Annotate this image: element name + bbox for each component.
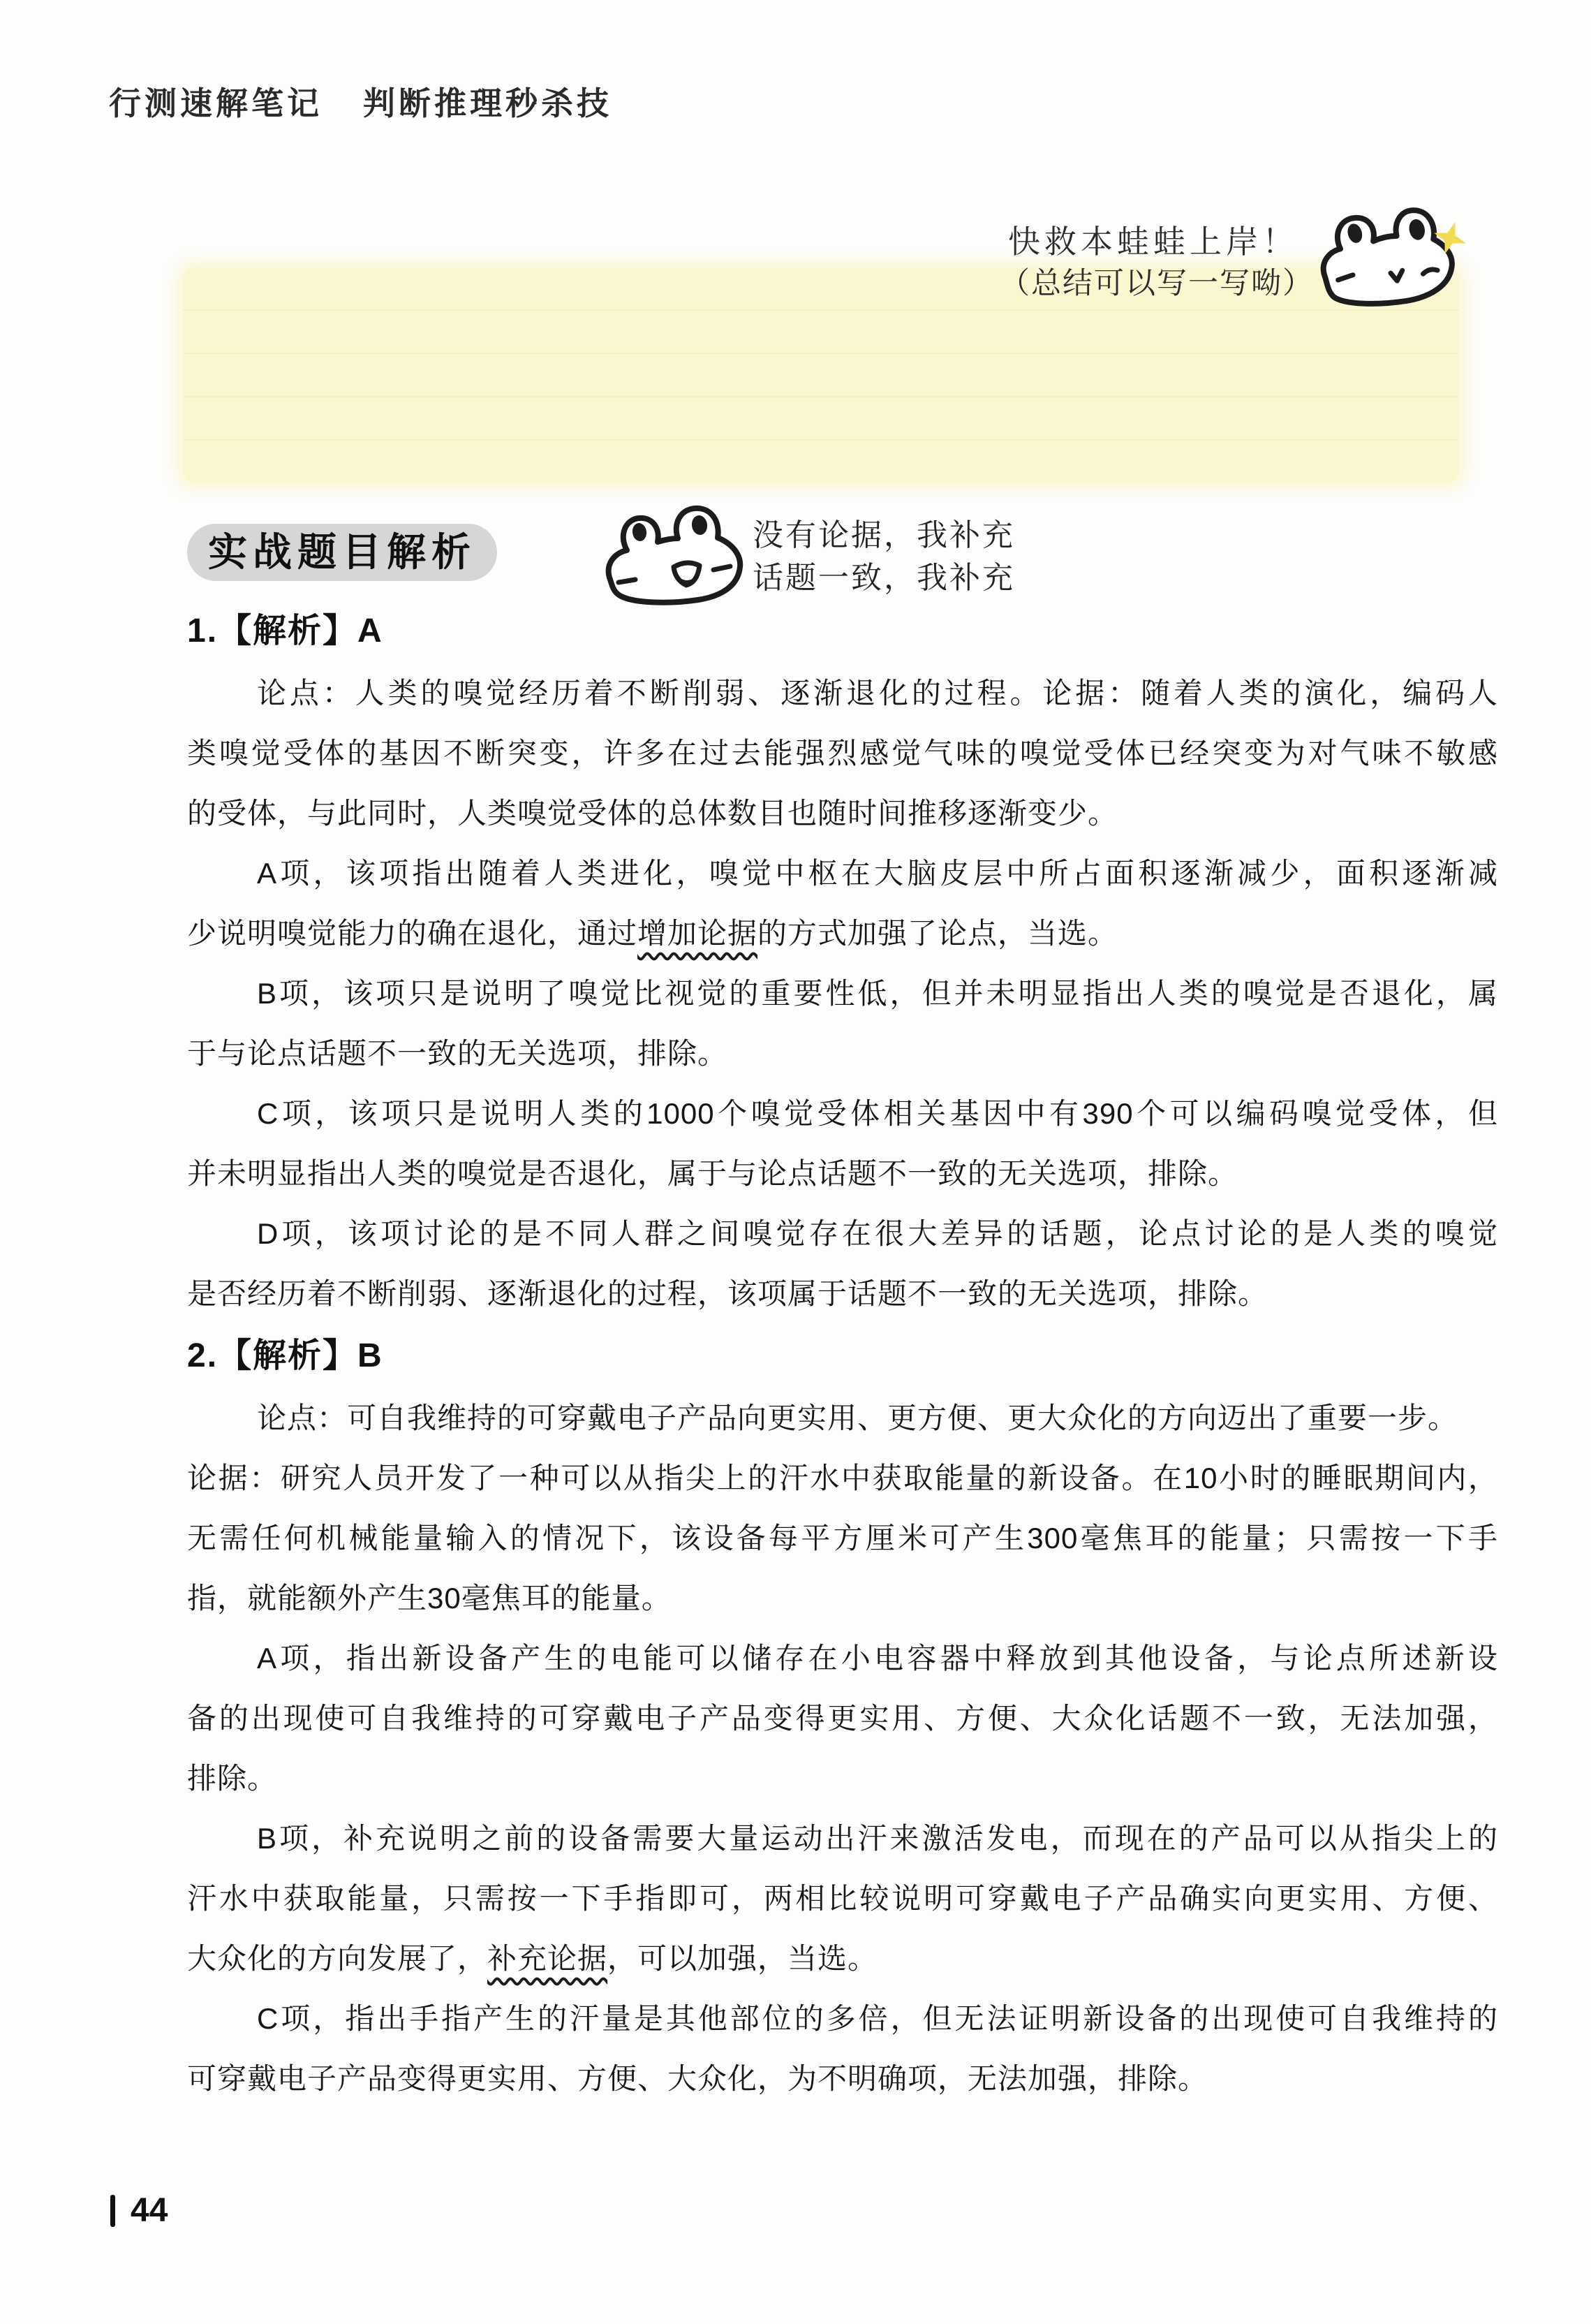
text-line: D项，该项讨论的是不同人群之间嗅觉存在很大差异的话题，论点讨论的是人类的嗅觉 [187,1204,1498,1264]
text-line: 并未明显指出人类的嗅觉是否退化，属于与论点话题不一致的无关选项，排除。 [187,1144,1498,1204]
text-line: A项，指出新设备产生的电能可以储存在小电容器中释放到其他设备，与论点所述新设 [187,1628,1498,1689]
text-line: C项，该项只是说明人类的1000个嗅觉受体相关基因中有390个可以编码嗅觉受体，… [187,1084,1498,1144]
page-number: 44 [131,2191,168,2230]
solution-heading: 2.【解析】B [187,1324,1498,1388]
text-line: B项，该项只是说明了嗅觉比视觉的重要性低，但并未明显指出人类的嗅觉是否退化，属 [187,964,1498,1024]
frog-tip-line1: 没有论据，我补充 [753,514,1015,557]
frog-icon [595,501,750,615]
solution-heading: 1.【解析】A [187,599,1498,663]
text-line: 论点：人类的嗅觉经历着不断削弱、逐渐退化的过程。论据：随着人类的演化，编码人 [187,663,1498,723]
book-page: 行测速解笔记判断推理秒杀技 快救本蛙蛙上岸！ （总结可以写一写呦） 实战题目解析 [0,0,1591,2324]
frog-caption-line2: （总结可以写一写呦） [1000,263,1307,304]
text-line: 少说明嗅觉能力的确在退化，通过增加论据的方式加强了论点，当选。 [187,904,1498,964]
book-title: 行测速解笔记 [109,85,323,122]
text-line: 备的出现使可自我维持的可穿戴电子产品变得更实用、方便、大众化话题不一致，无法加强… [187,1689,1498,1749]
solutions-body: 1.【解析】A论点：人类的嗅觉经历着不断削弱、逐渐退化的过程。论据：随着人类的演… [187,599,1498,2109]
text-line: 无需任何机械能量输入的情况下，该设备每平方厘米可产生300毫焦耳的能量；只需按一… [187,1508,1498,1568]
page-footer: 44 [110,2191,168,2230]
text-line: C项，指出手指产生的汗量是其他部位的多倍，但无法证明新设备的出现使可自我维持的 [187,1989,1498,2049]
frog-tip-line2: 话题一致，我补充 [753,557,1015,599]
frog-tips: 没有论据，我补充 话题一致，我补充 [753,514,1015,599]
page-number-divider [110,2195,115,2227]
text-line: 大众化的方向发展了，补充论据，可以加强，当选。 [187,1929,1498,1989]
section-title: 实战题目解析 [187,524,497,581]
text-line: 论据：研究人员开发了一种可以从指尖上的汗水中获取能量的新设备。在10小时的睡眠期… [187,1448,1498,1508]
text-line: 排除。 [187,1749,1498,1809]
text-line: 是否经历着不断削弱、逐渐退化的过程，该项属于话题不一致的无关选项，排除。 [187,1264,1498,1324]
wavy-underline: 补充论据 [487,1942,607,1975]
text-line: 于与论点话题不一致的无关选项，排除。 [187,1024,1498,1084]
sparkle-icon [1431,219,1469,257]
text-line: 指，就能额外产生30毫焦耳的能量。 [187,1568,1498,1628]
text-line: 的受体，与此同时，人类嗅觉受体的总体数目也随时间推移逐渐变少。 [187,784,1498,844]
text-line: 汗水中获取能量，只需按一下手指即可，两相比较说明可穿戴电子产品确实向更实用、方便… [187,1869,1498,1929]
text-line: 类嗅觉受体的基因不断突变，许多在过去能强烈感觉气味的嗅觉受体已经突变为对气味不敏… [187,723,1498,784]
frog-caption: 快救本蛙蛙上岸！ （总结可以写一写呦） [1000,221,1307,304]
page-header: 行测速解笔记判断推理秒杀技 [109,78,612,124]
text-line: 可穿戴电子产品变得更实用、方便、大众化，为不明确项，无法加强，排除。 [187,2049,1498,2109]
frog-caption-line1: 快救本蛙蛙上岸！ [1000,221,1307,263]
text-line: B项，补充说明之前的设备需要大量运动出汗来激活发电，而现在的产品可以从指尖上的 [187,1809,1498,1869]
wavy-underline: 增加论据 [637,917,757,950]
chapter-title: 判断推理秒杀技 [363,85,612,122]
text-line: A项，该项指出随着人类进化，嗅觉中枢在大脑皮层中所占面积逐渐减少，面积逐渐减 [187,844,1498,904]
text-line: 论点：可自我维持的可穿戴电子产品向更实用、更方便、更大众化的方向迈出了重要一步。 [187,1388,1498,1448]
